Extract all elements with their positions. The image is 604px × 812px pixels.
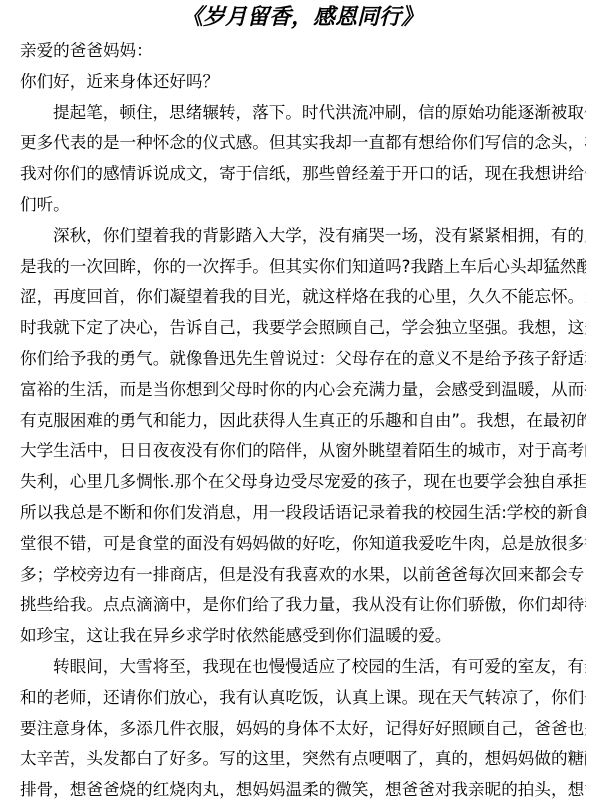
- paragraph-line: 是我的一次回眸，你的一次挥手。但其实你们知道吗?我踏上车后心头却猛然酸: [20, 252, 586, 283]
- paragraph-line: 你们给予我的勇气。就像鲁迅先生曾说过：父母存在的意义不是给予孩子舒适和: [20, 344, 586, 375]
- salutation: 亲爱的爸爸妈妈：: [20, 36, 586, 67]
- paragraph-line: 富裕的生活，而是当你想到父母时你的内心会充满力量，会感受到温暖，从而拥: [20, 375, 586, 406]
- letter-body: 亲爱的爸爸妈妈： 你们好，近来身体还好吗？ 提起笔，顿住，思绪辗转，落下。时代洪…: [20, 36, 586, 806]
- paragraph-line: 时我就下定了决心，告诉自己，我要学会照顾自己，学会独立坚强。我想，这是: [20, 313, 586, 344]
- paragraph-line: 涩，再度回首，你们凝望着我的目光，就这样烙在我的心里，久久不能忘怀。当: [20, 282, 586, 313]
- paragraph-2: 深秋，你们望着我的背影踏入大学，没有痛哭一场，没有紧紧相拥，有的只 是我的一次回…: [20, 221, 586, 652]
- paragraph-line: 多；学校旁边有一排商店，但是没有我喜欢的水果，以前爸爸每次回来都会专门: [20, 560, 586, 591]
- letter-title: 《岁月留香，感恩同行》: [0, 2, 604, 34]
- paragraph-line: 和的老师，还请你们放心，我有认真吃饭，认真上课。现在天气转凉了，你们也: [20, 683, 586, 714]
- letter-page: 《岁月留香，感恩同行》 亲爱的爸爸妈妈： 你们好，近来身体还好吗？ 提起笔，顿住…: [0, 0, 604, 812]
- greeting: 你们好，近来身体还好吗？: [20, 67, 586, 98]
- paragraph-line: 要注意身体，多添几件衣服，妈妈的身体不太好，记得好好照顾自己，爸爸也别: [20, 714, 586, 745]
- paragraph-line: 大学生活中，日日夜夜没有你们的陪伴，从窗外眺望着陌生的城市，对于高考的: [20, 436, 586, 467]
- paragraph-line: 我对你们的感情诉说成文，寄于信纸，那些曾经羞于开口的话，现在我想讲给你: [20, 159, 586, 190]
- paragraph-line: 堂很不错，可是食堂的面没有妈妈做的好吃，你知道我爱吃牛肉，总是放很多很: [20, 529, 586, 560]
- paragraph-line: 排骨，想爸爸烧的红烧肉丸，想妈妈温柔的微笑，想爸爸对我亲昵的拍头，想让: [20, 775, 586, 806]
- paragraph-line: 们听。: [20, 190, 586, 221]
- paragraph-line: 提起笔，顿住，思绪辗转，落下。时代洪流冲刷，信的原始功能逐渐被取代，: [20, 98, 586, 129]
- paragraph-line: 失利，心里几多惆怅.那个在父母身边受尽宠爱的孩子，现在也要学会独自承担，: [20, 467, 586, 498]
- paragraph-line: 有克服困难的勇气和能力，因此获得人生真正的乐趣和自由”。我想，在最初的: [20, 406, 586, 437]
- paragraph-line: 太辛苦，头发都白了好多。写的这里，突然有点哽咽了，真的，想妈妈做的糖醋: [20, 744, 586, 775]
- paragraph-line: 挑些给我。点点滴滴中，是你们给了我力量，我从没有让你们骄傲，你们却待我: [20, 590, 586, 621]
- paragraph-line: 如珍宝，这让我在异乡求学时依然能感受到你们温暖的爱。: [20, 621, 586, 652]
- paragraph-line: 更多代表的是一种怀念的仪式感。但其实我却一直都有想给你们写信的念头，将: [20, 128, 586, 159]
- paragraph-line: 深秋，你们望着我的背影踏入大学，没有痛哭一场，没有紧紧相拥，有的只: [20, 221, 586, 252]
- paragraph-line: 所以我总是不断和你们发消息，用一段段话语记录着我的校园生活:学校的新食: [20, 498, 586, 529]
- paragraph-1: 提起笔，顿住，思绪辗转，落下。时代洪流冲刷，信的原始功能逐渐被取代， 更多代表的…: [20, 98, 586, 221]
- paragraph-line: 转眼间，大雪将至，我现在也慢慢适应了校园的生活，有可爱的室友，有亲: [20, 652, 586, 683]
- paragraph-3: 转眼间，大雪将至，我现在也慢慢适应了校园的生活，有可爱的室友，有亲 和的老师，还…: [20, 652, 586, 806]
